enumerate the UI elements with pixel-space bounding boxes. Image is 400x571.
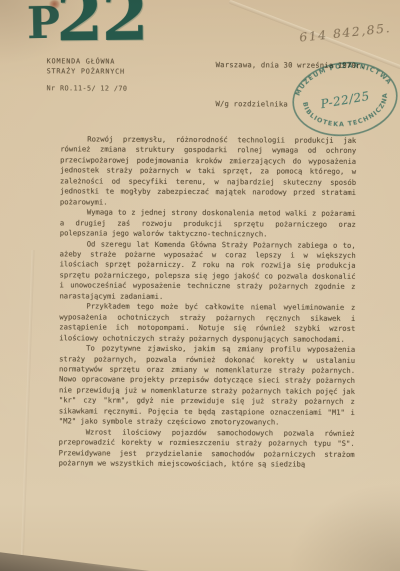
letterhead-org-line2: STRAŻY POŻARNYCH [47,66,125,76]
body-paragraph: Przykładem tego może być całkowite niema… [59,302,355,345]
body-paragraph: Rozwój przemysłu, różnorodność technolog… [60,134,356,209]
distribution-note: W/g rozdzielnika [215,99,287,108]
library-oval-stamp: MUZEUM POŻARNICTWA BIBLIOTEKA TECHNICZNA… [285,52,400,145]
letterhead-org-line1: KOMENDA GŁÓWNA [47,56,125,66]
scanned-letter-page: P 22 614 842,85. KOMENDA GŁÓWNA STRAŻY P… [0,0,400,571]
reference-number: Nr RO.11-5/ 12 /70 [47,84,128,92]
letterhead: KOMENDA GŁÓWNA STRAŻY POŻARNYCH [47,56,125,76]
body-paragraph: Wymaga to z jednej strony doskonalenia m… [60,207,356,240]
letter-body: Rozwój przemysłu, różnorodność technolog… [59,134,357,470]
body-paragraph: Wzrost ilościowy pojazdów samochodowych … [59,427,355,470]
paper-crease [20,250,34,570]
page-corner-shadow [0,545,150,571]
body-paragraph: Od szeregu lat Komenda Główna Straży Poż… [59,239,355,303]
stamp-handwritten-ref: P-22/25 [319,89,371,112]
body-paragraph: To pozytywne zjawisko, jakim są zmiany p… [59,343,355,428]
handwritten-pencil-number: 614 842,85. [299,18,400,44]
archive-stamp-number: 22 [56,0,147,51]
